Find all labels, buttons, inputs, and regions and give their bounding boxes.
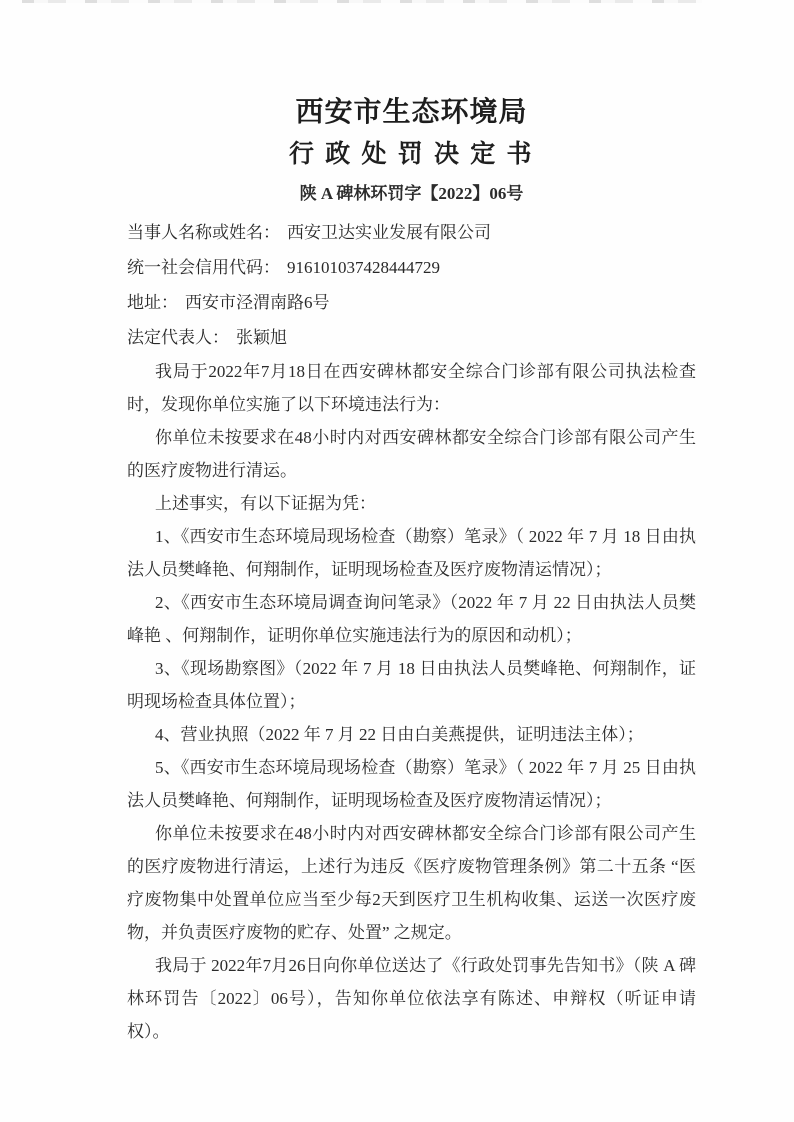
field-address-value: 西安市泾渭南路6号 xyxy=(185,293,330,312)
paragraph-inspection-intro: 我局于2022年7月18日在西安碑林都安全综合门诊部有限公司执法检查时，发现你单… xyxy=(127,355,696,421)
party-info-section: 当事人名称或姓名：西安卫达实业发展有限公司 统一社会信用代码：916101037… xyxy=(127,215,696,355)
field-legal-representative-label: 法定代表人： xyxy=(127,328,229,347)
field-address-label: 地址： xyxy=(127,293,178,312)
evidence-item-2: 2、《西安市生态环境局调查询问笔录》（2022 年 7 月 22 日由执法人员樊… xyxy=(127,586,696,652)
document-number: 陕 A 碑林环罚字【2022】06号 xyxy=(127,182,696,206)
paragraph-prior-notice: 我局于 2022年7月26日向你单位送达了《行政处罚事先告知书》（陕 A 碑林环… xyxy=(127,949,696,1048)
field-credit-code: 统一社会信用代码：916101037428444729 xyxy=(127,250,696,285)
field-party-name: 当事人名称或姓名：西安卫达实业发展有限公司 xyxy=(127,215,696,250)
agency-name: 西安市生态环境局 xyxy=(127,96,696,128)
document-body: 我局于2022年7月18日在西安碑林都安全综合门诊部有限公司执法检查时，发现你单… xyxy=(127,355,696,1048)
evidence-item-4: 4、营业执照（2022 年 7 月 22 日由白美燕提供，证明违法主体）； xyxy=(127,718,696,751)
evidence-item-1: 1、《西安市生态环境局现场检查（勘察）笔录》（ 2022 年 7 月 18 日由… xyxy=(127,520,696,586)
paragraph-evidence-intro: 上述事实，有以下证据为凭： xyxy=(127,487,696,520)
paragraph-violation-statement: 你单位未按要求在48小时内对西安碑林都安全综合门诊部有限公司产生的医疗废物进行清… xyxy=(127,421,696,487)
paragraph-legal-basis: 你单位未按要求在48小时内对西安碑林都安全综合门诊部有限公司产生的医疗废物进行清… xyxy=(127,817,696,949)
field-legal-representative-value: 张颖旭 xyxy=(236,328,287,347)
field-party-name-label: 当事人名称或姓名： xyxy=(127,223,280,242)
field-credit-code-value: 916101037428444729 xyxy=(287,258,440,277)
field-credit-code-label: 统一社会信用代码： xyxy=(127,258,280,277)
evidence-item-3: 3、《现场勘察图》（2022 年 7 月 18 日由执法人员樊峰艳、何翔制作，证… xyxy=(127,652,696,718)
document-title: 行 政 处 罚 决 定 书 xyxy=(127,137,696,173)
document-page: 西安市生态环境局 行 政 处 罚 决 定 书 陕 A 碑林环罚字【2022】06… xyxy=(0,0,794,1122)
scan-artifact-top-edge xyxy=(22,0,702,3)
evidence-item-5: 5、《西安市生态环境局现场检查（勘察）笔录》（ 2022 年 7 月 25 日由… xyxy=(127,751,696,817)
field-legal-representative: 法定代表人：张颖旭 xyxy=(127,320,696,355)
field-address: 地址：西安市泾渭南路6号 xyxy=(127,285,696,320)
field-party-name-value: 西安卫达实业发展有限公司 xyxy=(287,223,491,242)
document-content: 西安市生态环境局 行 政 处 罚 决 定 书 陕 A 碑林环罚字【2022】06… xyxy=(127,96,696,1048)
